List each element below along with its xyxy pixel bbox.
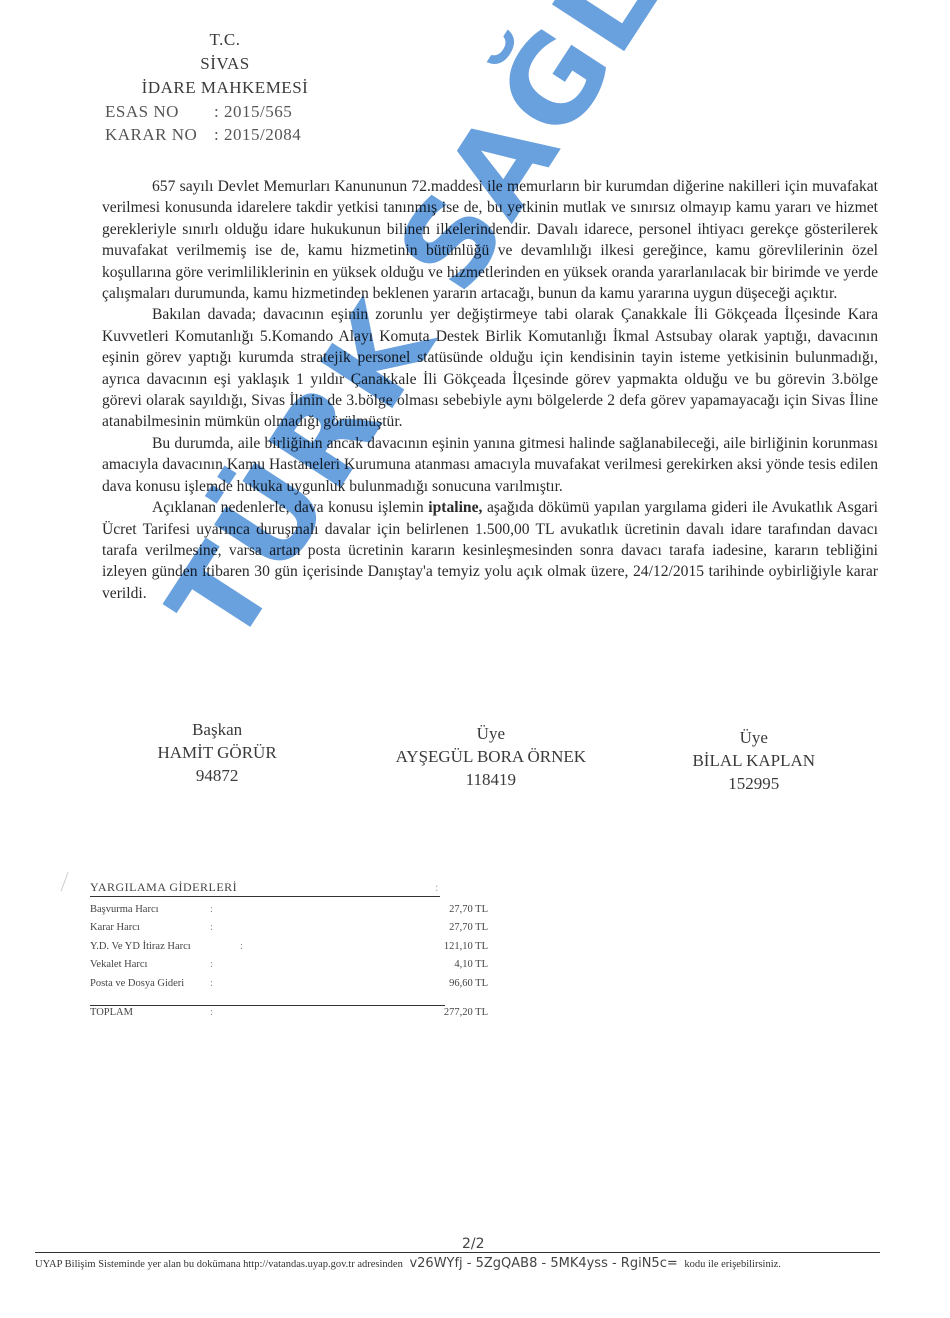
- total-amount: 277,20 TL: [388, 1007, 490, 1018]
- cost-row: Y.D. Ve YD İtiraz Harcı : 121,10 TL: [90, 937, 490, 956]
- cost-row: Karar Harcı : 27,70 TL: [90, 919, 490, 938]
- verdict-text-before: Açıklanan nedenlerle, dava konusu işlemi…: [152, 499, 428, 516]
- esas-no-row: ESAS NO : 2015/565: [100, 100, 360, 123]
- karar-no-row: KARAR NO : 2015/2084: [100, 123, 360, 146]
- costs-title-text: YARGILAMA GİDERLERİ: [90, 880, 237, 894]
- page-number: 2/2: [462, 1236, 485, 1252]
- signature-president: Başkan HAMİT GÖRÜR 94872: [130, 718, 304, 795]
- signature-member-1: Üye AYŞEGÜL BORA ÖRNEK 118419: [344, 718, 637, 795]
- cost-amount: 27,70 TL: [388, 922, 490, 933]
- paragraph-verdict: Açıklanan nedenlerle, dava konusu işlemi…: [102, 497, 878, 604]
- footer-divider: [35, 1252, 880, 1253]
- cost-amount: 96,60 TL: [388, 978, 490, 989]
- cost-row: Posta ve Dosya Gideri : 96,60 TL: [90, 974, 490, 993]
- cost-name: Başvurma Harcı: [90, 904, 210, 915]
- cost-name: Y.D. Ve YD İtiraz Harcı: [90, 941, 240, 952]
- cost-amount: 27,70 TL: [388, 904, 490, 915]
- karar-no-label: KARAR NO: [100, 123, 210, 146]
- decision-body: 657 sayılı Devlet Memurları Kanununun 72…: [102, 176, 878, 604]
- court-costs-table: YARGILAMA GİDERLERİ : Başvurma Harcı : 2…: [90, 880, 490, 1022]
- cost-sep: :: [210, 922, 240, 933]
- cost-sep: :: [210, 978, 240, 989]
- signature-role: Üye: [344, 722, 637, 745]
- cost-name: Karar Harcı: [90, 922, 210, 933]
- scan-mark: [61, 872, 71, 892]
- total-sep: :: [210, 1007, 240, 1018]
- signature-name: BİLAL KAPLAN: [658, 749, 851, 772]
- esas-no-value: : 2015/565: [210, 100, 292, 123]
- signature-role: Başkan: [130, 718, 304, 741]
- verdict-bold-word: iptaline,: [428, 499, 482, 516]
- header-city: SİVAS: [100, 52, 350, 76]
- esas-no-label: ESAS NO: [100, 100, 210, 123]
- signature-id: 152995: [658, 772, 851, 795]
- cost-row: Vekalet Harcı : 4,10 TL: [90, 956, 490, 975]
- total-label: TOPLAM: [90, 1007, 210, 1018]
- signature-name: HAMİT GÖRÜR: [130, 741, 304, 764]
- signature-name: AYŞEGÜL BORA ÖRNEK: [344, 745, 637, 768]
- signature-block: Başkan HAMİT GÖRÜR 94872 Üye AYŞEGÜL BOR…: [130, 718, 850, 795]
- costs-title: YARGILAMA GİDERLERİ :: [90, 880, 440, 897]
- verification-code: v26WYfj - 5ZgQAB8 - 5MK4yss - RgiN5c=: [409, 1256, 677, 1271]
- signature-member-2: Üye BİLAL KAPLAN 152995: [658, 718, 851, 795]
- costs-title-colon: :: [435, 880, 439, 895]
- footer-verification: UYAP Bilişim Sisteminde yer alan bu dokü…: [35, 1256, 895, 1271]
- cost-name: Vekalet Harcı: [90, 959, 210, 970]
- cost-row: Başvurma Harcı : 27,70 TL: [90, 900, 490, 919]
- paragraph-legal-basis: 657 sayılı Devlet Memurları Kanununun 72…: [102, 176, 878, 304]
- cost-sep: :: [210, 904, 240, 915]
- paragraph-case-facts: Bakılan davada; davacının eşinin zorunlu…: [102, 304, 878, 432]
- footer-prefix: UYAP Bilişim Sisteminde yer alan bu dokü…: [35, 1259, 403, 1270]
- signature-id: 94872: [130, 764, 304, 787]
- header-court: İDARE MAHKEMESİ: [100, 76, 350, 100]
- paragraph-conclusion: Bu durumda, aile birliğinin ancak davacı…: [102, 433, 878, 497]
- cost-sep: :: [210, 959, 240, 970]
- cost-name: Posta ve Dosya Gideri: [90, 978, 210, 989]
- cost-amount: 4,10 TL: [388, 959, 490, 970]
- signature-id: 118419: [344, 768, 637, 791]
- signature-role: Üye: [658, 726, 851, 749]
- header-tc: T.C.: [100, 28, 350, 52]
- cost-amount: 121,10 TL: [388, 941, 490, 952]
- cost-total-row: TOPLAM : 277,20 TL: [90, 1004, 490, 1023]
- footer-suffix: kodu ile erişebilirsiniz.: [684, 1259, 781, 1270]
- karar-no-value: : 2015/2084: [210, 123, 301, 146]
- court-header: T.C. SİVAS İDARE MAHKEMESİ ESAS NO : 201…: [100, 28, 360, 146]
